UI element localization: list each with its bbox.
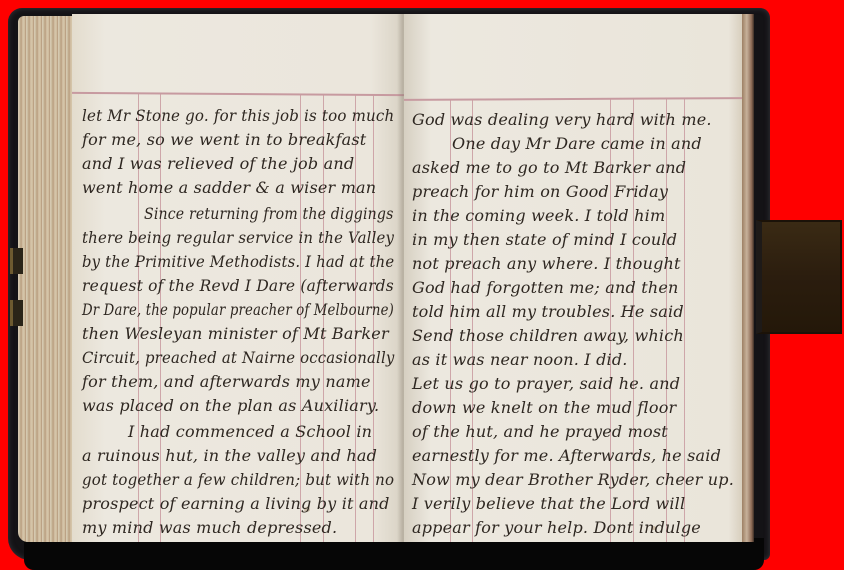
top-ruled-line <box>404 97 742 101</box>
page-stack-right-edge <box>742 14 754 542</box>
text-line: was placed on the plan as Auxiliary. <box>82 396 379 415</box>
text-line: a ruinous hut, in the valley and had <box>82 446 377 465</box>
text-line: Send those children away, which <box>412 326 684 345</box>
text-line: in the coming week. I told him <box>412 206 665 225</box>
text-line: let Mr Stone go. for this job is too muc… <box>82 106 394 125</box>
book-cover-bottom-edge <box>24 538 764 570</box>
text-line: Dr Dare, the popular preacher of Melbour… <box>82 300 394 319</box>
text-line: told him all my troubles. He said <box>412 302 684 321</box>
text-line: for me, so we went in to breakfast <box>82 130 366 149</box>
text-line: as it was near noon. I did. <box>412 350 628 369</box>
text-line: my mind was much depressed. <box>82 518 337 537</box>
text-line: of the hut, and he prayed most <box>412 422 668 441</box>
text-line: down we knelt on the mud floor <box>412 398 676 417</box>
text-line: and I was relieved of the job and <box>82 154 354 173</box>
text-line: One day Mr Dare came in and <box>452 134 702 153</box>
text-line: Circuit, preached at Nairne occasionally <box>82 348 394 367</box>
text-line: in my then state of mind I could <box>412 230 677 249</box>
text-line: Let us go to prayer, said he. and <box>412 374 680 393</box>
text-line: I verily believe that the Lord will <box>412 494 685 513</box>
text-line: God was dealing very hard with me. <box>412 110 712 129</box>
right-page: God was dealing very hard with me. One d… <box>404 14 742 542</box>
left-clasp-hinge-icon <box>10 248 23 274</box>
text-line: not preach any where. I thought <box>412 254 681 273</box>
left-clasp-hinge-icon <box>10 300 23 326</box>
text-line: by the Primitive Methodists. I had at th… <box>82 252 394 271</box>
text-line: request of the Revd I Dare (afterwards <box>82 276 394 295</box>
page-stack-left-edge <box>18 16 74 542</box>
text-line: preach for him on Good Friday <box>412 182 668 201</box>
text-line: I had commenced a School in <box>128 422 372 441</box>
text-line: asked me to go to Mt Barker and <box>412 158 686 177</box>
text-line: prospect of earning a living by it and <box>82 494 390 513</box>
text-line: for them, and afterwards my name <box>82 372 371 391</box>
text-line: God had forgotten me; and then <box>412 278 679 297</box>
book-clasp-icon <box>756 220 842 334</box>
text-line: appear for your help. Dont indulge <box>412 518 701 537</box>
text-line: Now my dear Brother Ryder, cheer up. <box>412 470 734 489</box>
text-line: got together a few children; but with no <box>82 470 394 489</box>
left-page: let Mr Stone go. for this job is too muc… <box>72 14 404 542</box>
text-line: then Wesleyan minister of Mt Barker <box>82 324 389 343</box>
text-line: there being regular service in the Valle… <box>82 228 394 247</box>
text-line: went home a sadder & a wiser man <box>82 178 376 197</box>
text-line: earnestly for me. Afterwards, he said <box>412 446 721 465</box>
text-line: Since returning from the diggings <box>144 204 394 223</box>
